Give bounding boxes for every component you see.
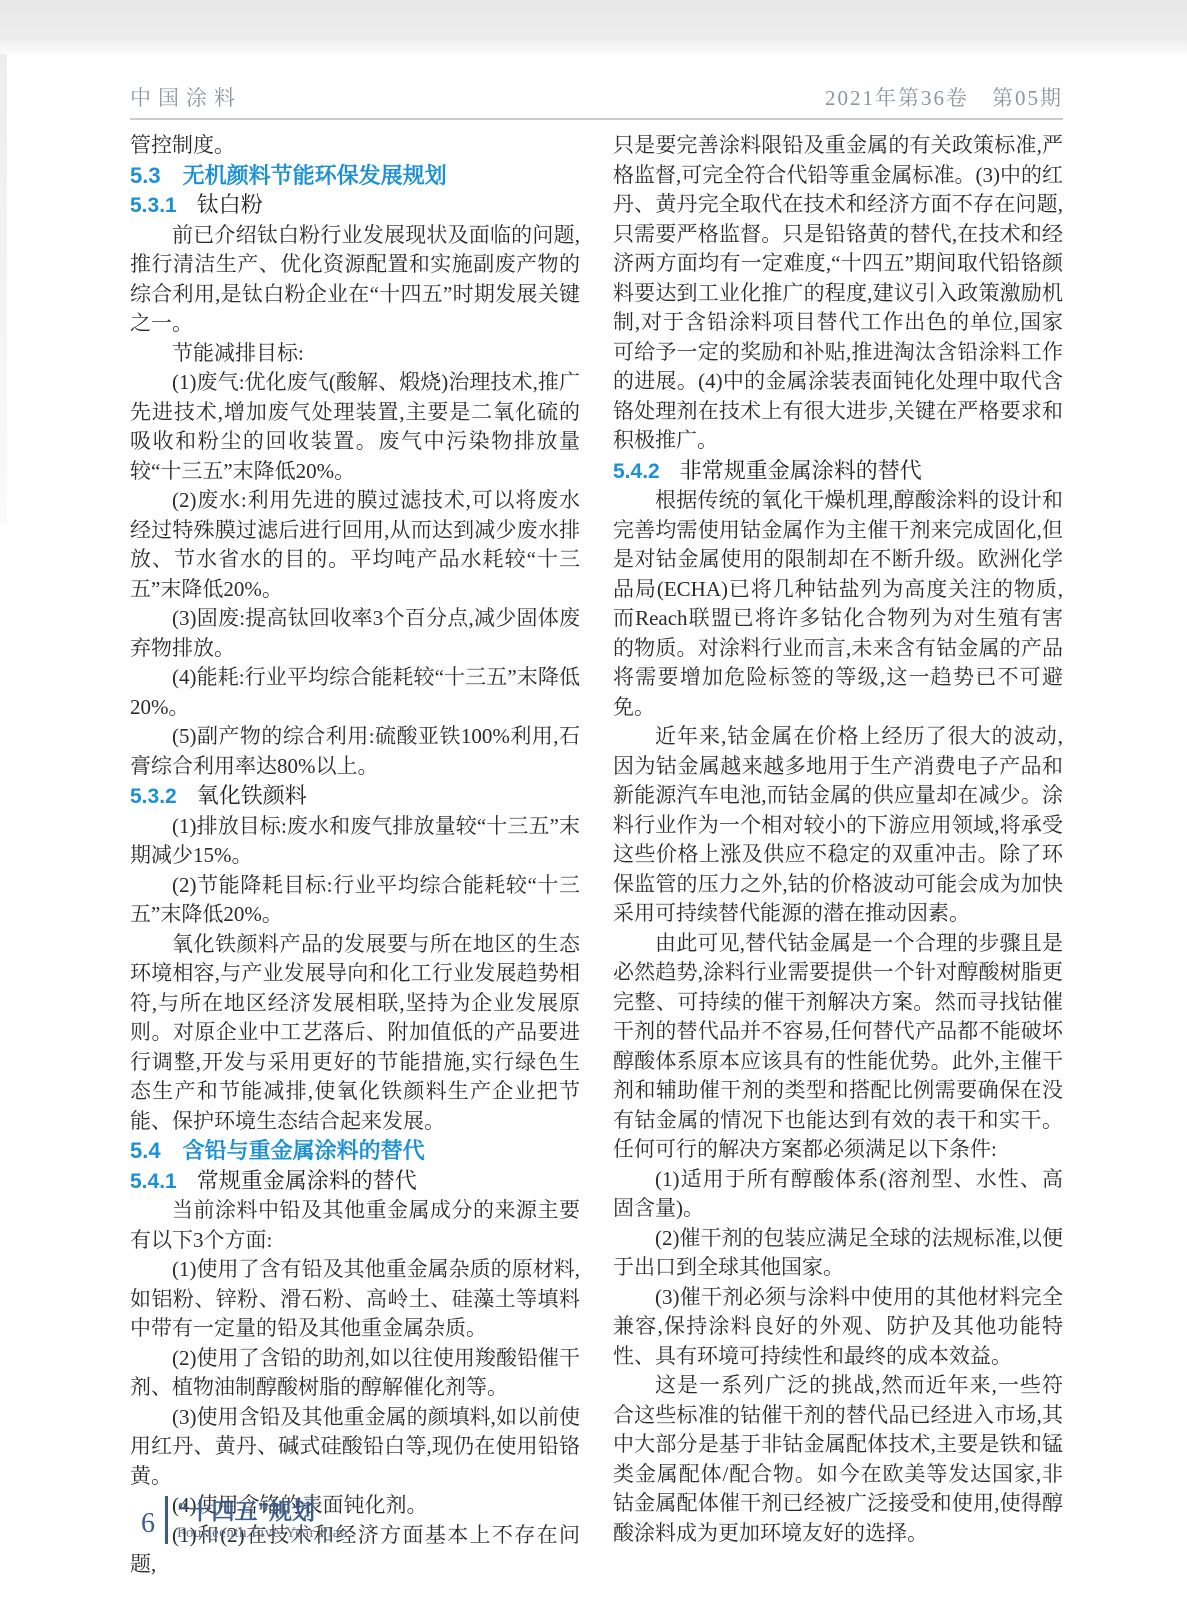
paragraph: 近年来,钴金属在价格上经历了很大的波动,因为钴金属越来越多地用于生产消费电子产品… [613,722,1063,929]
journal-name: 中国涂料 [130,82,242,112]
list-item-paragraph: (1)使用了含有铅及其他重金属杂质的原材料,如铝粉、锌粉、滑石粉、高岭土、硅藻土… [130,1255,580,1344]
subsection-number: 5.3.2 [130,785,177,808]
two-column-body: 管控制度。 5.3无机颜料节能环保发展规划 5.3.1钛白粉 前已介绍钛白粉行业… [130,131,1063,1580]
list-item-paragraph: (2)催干剂的包装应满足全球的法规标准,以便于出口到全球其他国家。 [613,1224,1063,1283]
subsection-heading-5-4-2: 5.4.2非常规重金属涂料的替代 [613,456,1063,487]
list-item-paragraph: (1)废气:优化废气(酸解、煅烧)治理技术,推广先进技术,增加废气处理装置,主要… [130,368,580,486]
journal-page: 中国涂料 2021年第36卷 第05期 管控制度。 5.3无机颜料节能环保发展规… [0,0,1187,1600]
section-heading-5-4: 5.4含铅与重金属涂料的替代 [130,1136,580,1166]
list-item-paragraph: (3)催干剂必须与涂料中使用的其他材料完全兼容,保持涂料良好的外观、防护及其他功… [613,1283,1063,1372]
list-item-paragraph: (2)节能降耗目标:行业平均综合能耗较“十三五”末降低20%。 [130,871,580,930]
section-number: 5.4 [130,1138,161,1163]
paragraph: 由此可见,替代钴金属是一个合理的步骤且是必然趋势,涂料行业需要提供一个针对醇酸树… [613,929,1063,1165]
paragraph: 只是要完善涂料限铅及重金属的有关政策标准,严格监督,可完全符合代铅等重金属标准。… [613,131,1063,456]
list-item-paragraph: (2)使用了含铅的助剂,如以往使用羧酸铅催干剂、植物油制醇酸树脂的醇解催化剂等。 [130,1344,580,1403]
subsection-heading-5-4-1: 5.4.1常规重金属涂料的替代 [130,1166,580,1197]
paragraph: 这是一系列广泛的挑战,然而近年来,一些符合这些标准的钴催干剂的替代品已经进入市场… [613,1371,1063,1548]
paragraph: 前已介绍钛白粉行业发展现状及面临的问题,推行清洁生产、优化资源配置和实施副废产物… [130,221,580,339]
paragraph: 根据传统的氧化干燥机理,醇酸涂料的设计和完善均需使用钴金属作为主催干剂来完成固化… [613,486,1063,722]
list-item-paragraph: (1)适用于所有醇酸体系(溶剂型、水性、高固含量)。 [613,1165,1063,1224]
subsection-number: 5.3.1 [130,194,177,217]
page-header: 中国涂料 2021年第36卷 第05期 [130,78,1063,120]
paragraph: 当前涂料中铅及其他重金属成分的来源主要有以下3个方面: [130,1196,580,1255]
subsection-number: 5.4.1 [130,1170,177,1193]
paragraph: 氧化铁颜料产品的发展要与所在地区的生态环境相容,与产业发展导向和化工行业发展趋势… [130,930,580,1137]
list-item-paragraph: (4)能耗:行业平均综合能耗较“十三五”末降低20%。 [130,663,580,722]
list-item-paragraph: (3)使用含铅及其他重金属的颜填料,如以前使用红丹、黄丹、碱式硅酸铅白等,现仍在… [130,1403,580,1492]
list-item-paragraph: (3)固废:提高钛回收率3个百分点,减少固体废弃物排放。 [130,604,580,663]
page-number: 6 [141,1510,155,1538]
left-column: 管控制度。 5.3无机颜料节能环保发展规划 5.3.1钛白粉 前已介绍钛白粉行业… [130,131,580,1580]
subsection-title: 常规重金属涂料的替代 [197,1168,417,1193]
footer-plan-title: “十四五”规划 Fourteenth Five-Year Plan [177,1498,348,1543]
subsection-heading-5-3-1: 5.3.1钛白粉 [130,190,580,221]
page-footer: 6 “十四五”规划 Fourteenth Five-Year Plan [141,1496,348,1544]
scan-artifact-left [0,54,7,524]
subsection-number: 5.4.2 [613,460,660,483]
scan-artifact-top [0,0,1187,54]
section-title: 无机颜料节能环保发展规划 [183,163,447,188]
issue-info: 2021年第36卷 第05期 [825,82,1063,112]
section-heading-5-3: 5.3无机颜料节能环保发展规划 [130,161,580,191]
list-item-paragraph: (5)副产物的综合利用:硫酸亚铁100%利用,石膏综合利用率达80%以上。 [130,722,580,781]
paragraph: 节能减排目标: [130,339,580,369]
subsection-title: 氧化铁颜料 [197,783,307,808]
plan-title-chinese: “十四五”规划 [177,1498,348,1524]
subsection-heading-5-3-2: 5.3.2氧化铁颜料 [130,781,580,812]
subsection-title: 钛白粉 [197,192,263,217]
footer-divider [165,1496,168,1544]
list-item-paragraph: (2)废水:利用先进的膜过滤技术,可以将废水经过特殊膜过滤后进行回用,从而达到减… [130,486,580,604]
section-title: 含铅与重金属涂料的替代 [183,1138,425,1163]
paragraph: 管控制度。 [130,131,580,161]
plan-title-english: Fourteenth Five-Year Plan [177,1524,348,1543]
list-item-paragraph: (1)排放目标:废水和废气排放量较“十三五”末期减少15%。 [130,812,580,871]
right-column: 只是要完善涂料限铅及重金属的有关政策标准,严格监督,可完全符合代铅等重金属标准。… [613,131,1063,1580]
subsection-title: 非常规重金属涂料的替代 [680,458,922,483]
section-number: 5.3 [130,163,161,188]
